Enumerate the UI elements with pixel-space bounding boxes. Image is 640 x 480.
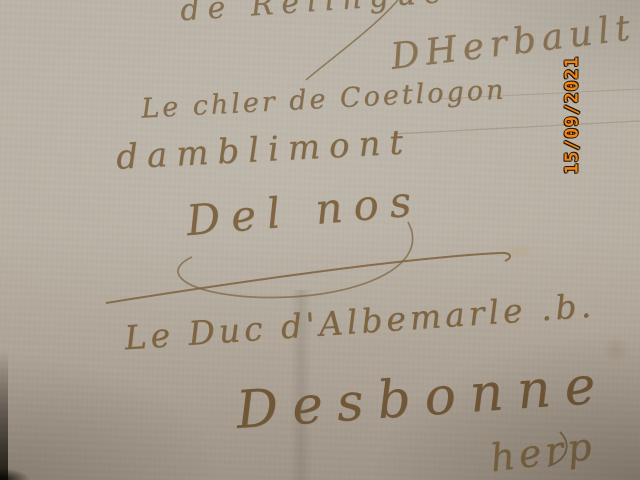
signature-d-herbault: DHerbault	[388, 7, 638, 78]
signature-desbonne: Desbonne	[234, 355, 611, 441]
paper-stain	[496, 238, 542, 264]
signature-herp-partial: herp	[488, 424, 598, 480]
camera-date-stamp: 15/09/2021	[562, 56, 583, 174]
bottom-left-corner-shadow	[0, 464, 40, 480]
paper-stain	[596, 330, 636, 370]
signature-del-nos: Del nos	[184, 176, 424, 245]
paper-grain-texture	[0, 0, 640, 480]
manuscript-photo: de Relingue DHerbault Le chler de Coetlo…	[0, 0, 640, 480]
signature-duc-d-albemarle: Le Duc d'Albemarle .b.	[123, 286, 596, 358]
signature-d-amblimont: damblimont	[115, 122, 413, 177]
vertical-fold-crease	[290, 290, 312, 480]
left-edge-shadow	[0, 350, 8, 480]
signature-chevalier-de-coetlogon: Le chler de Coetlogon	[140, 74, 507, 124]
photo-vignette-shadow	[0, 0, 640, 480]
signature-de-relingue: de Relingue	[179, 0, 450, 28]
ink-flourish-strokes	[0, 0, 640, 480]
